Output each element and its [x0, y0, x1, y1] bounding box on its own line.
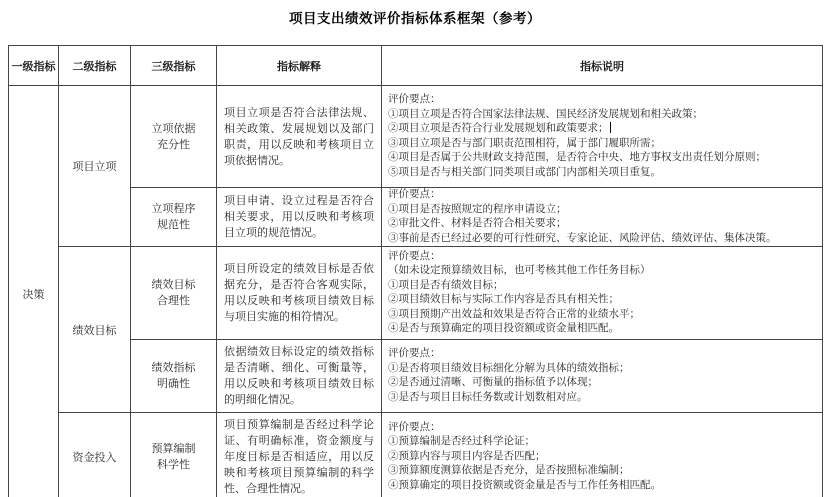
col-header-level2[interactable]: 二级指标 — [59, 46, 131, 86]
cell-level2-fund-input[interactable]: 资金投入 — [59, 413, 131, 497]
cell-explanation[interactable]: 依据绩效目标设定的绩效指标是否清晰、细化、可衡量等，用以反映和考核项目绩效目标的… — [217, 340, 382, 413]
table-row: 资金投入 预算编制 科学性 项目预算编制是否经过科学论证、有明确标准，资金额度与… — [9, 413, 823, 497]
description-line: ②审批文件、材料是否符合相关要求； — [382, 217, 822, 232]
cell-explanation[interactable]: 项目立项是否符合法律法规、相关政策、发展规划以及部门职责，用以反映和考核项目立项… — [217, 86, 382, 188]
description-line: 评价要点： — [382, 188, 822, 203]
page-title: 项目支出绩效评价指标体系框架（参考） — [0, 0, 830, 27]
description-line: ①项目是否有绩效目标； — [382, 279, 822, 294]
description-line: ②项目立项是否符合行业发展规划和政策要求； — [382, 122, 822, 137]
explanation-text: 项目申请、设立过程是否符合相关要求，用以反映和考核项目立项的规范情况。 — [217, 189, 381, 245]
cell-level2-performance-target[interactable]: 绩效目标 — [59, 247, 131, 413]
cell-description[interactable]: 评价要点： ①预算编制是否经过科学论证； ②预算内容与项目内容是否匹配； ③预算… — [382, 413, 823, 497]
cell-description[interactable]: 评价要点： （如未设定预算绩效目标，也可考核其他工作任务目标） ①项目是否有绩效… — [382, 247, 823, 340]
description-line: ③预算额度测算依据是否充分，是否按照标准编制； — [382, 464, 822, 479]
explanation-text: 项目所设定的绩效目标是否依据充分，是否符合客观实际，用以反映和考核项目绩效目标与… — [217, 257, 381, 329]
cell-explanation[interactable]: 项目预算编制是否经过科学论证、有明确标准，资金额度与年度目标是否相适应，用以反映… — [217, 413, 382, 497]
document-page: 项目支出绩效评价指标体系框架（参考） 一级指标 二级指标 三级指标 指标解释 指… — [0, 0, 830, 497]
table-row: 绩效目标 绩效目标 合理性 项目所设定的绩效目标是否依据充分，是否符合客观实际，… — [9, 247, 823, 340]
description-line: （如未设定预算绩效目标，也可考核其他工作任务目标） — [382, 264, 822, 279]
description-line: 评价要点： — [382, 421, 822, 436]
description-line: ④是否与预算确定的项目投资额或资金量相匹配。 — [382, 322, 822, 337]
table-row: 绩效指标 明确性 依据绩效目标设定的绩效指标是否清晰、细化、可衡量等，用以反映和… — [9, 340, 823, 413]
cell-level3[interactable]: 预算编制 科学性 — [131, 413, 217, 497]
description-line: ②是否通过清晰、可衡量的指标值予以体现； — [382, 376, 822, 391]
explanation-text: 项目预算编制是否经过科学论证、有明确标准，资金额度与年度目标是否相适应，用以反映… — [217, 413, 381, 497]
description-line: ③项目预期产出效益和效果是否符合正常的业绩水平； — [382, 308, 822, 323]
cell-description[interactable]: 评价要点： ①项目是否按照规定的程序申请设立； ②审批文件、材料是否符合相关要求… — [382, 188, 823, 247]
description-line: ①是否将项目绩效目标细化分解为具体的绩效指标； — [382, 362, 822, 377]
text-cursor — [610, 122, 611, 133]
cell-level3[interactable]: 绩效目标 合理性 — [131, 247, 217, 340]
description-line: ③是否与项目目标任务数或计划数相对应。 — [382, 391, 822, 406]
description-line: 评价要点： — [382, 250, 822, 265]
description-line: ⑤项目是否与相关部门同类项目或部门内部相关项目重复。 — [382, 166, 822, 181]
explanation-text: 依据绩效目标设定的绩效指标是否清晰、细化、可衡量等，用以反映和考核项目绩效目标的… — [217, 340, 381, 412]
cell-level3[interactable]: 立项程序 规范性 — [131, 188, 217, 247]
description-line: ①项目是否按照规定的程序申请设立； — [382, 203, 822, 218]
description-line: ③事前是否已经过必要的可行性研究、专家论证、风险评估、绩效评估、集体决策。 — [382, 232, 822, 247]
description-line: ②预算内容与项目内容是否匹配； — [382, 450, 822, 465]
description-line: ③项目立项是否与部门职责范围相符，属于部门履职所需； — [382, 137, 822, 152]
explanation-text: 项目立项是否符合法律法规、相关政策、发展规划以及部门职责，用以反映和考核项目立项… — [217, 101, 381, 173]
description-line: ②项目绩效目标与实际工作内容是否具有相关性； — [382, 293, 822, 308]
cell-level3[interactable]: 立项依据 充分性 — [131, 86, 217, 188]
cell-level1-decision[interactable]: 决策 — [9, 86, 59, 497]
table-row: 立项程序 规范性 项目申请、设立过程是否符合相关要求，用以反映和考核项目立项的规… — [9, 188, 823, 247]
indicator-table: 一级指标 二级指标 三级指标 指标解释 指标说明 决策 项目立项 立项依据 充分… — [8, 45, 823, 497]
col-header-explanation[interactable]: 指标解释 — [217, 46, 382, 86]
cell-explanation[interactable]: 项目所设定的绩效目标是否依据充分，是否符合客观实际，用以反映和考核项目绩效目标与… — [217, 247, 382, 340]
description-line: 评价要点： — [382, 93, 822, 108]
cell-description[interactable]: 评价要点： ①项目立项是否符合国家法律法规、国民经济发展规划和相关政策； ②项目… — [382, 86, 823, 188]
col-header-level1[interactable]: 一级指标 — [9, 46, 59, 86]
description-line: 评价要点： — [382, 347, 822, 362]
cell-level2-project-initiation[interactable]: 项目立项 — [59, 86, 131, 247]
description-line: ①项目立项是否符合国家法律法规、国民经济发展规划和相关政策； — [382, 108, 822, 123]
cell-level3[interactable]: 绩效指标 明确性 — [131, 340, 217, 413]
col-header-description[interactable]: 指标说明 — [382, 46, 823, 86]
description-line: ④预算确定的项目投资额或资金量是否与工作任务相匹配。 — [382, 479, 822, 494]
header-row: 一级指标 二级指标 三级指标 指标解释 指标说明 — [9, 46, 823, 86]
cell-description[interactable]: 评价要点： ①是否将项目绩效目标细化分解为具体的绩效指标； ②是否通过清晰、可衡… — [382, 340, 823, 413]
description-line: ①预算编制是否经过科学论证； — [382, 435, 822, 450]
col-header-level3[interactable]: 三级指标 — [131, 46, 217, 86]
table-row: 决策 项目立项 立项依据 充分性 项目立项是否符合法律法规、相关政策、发展规划以… — [9, 86, 823, 188]
description-line: ④项目是否属于公共财政支持范围，是否符合中央、地方事权支出责任划分原则； — [382, 151, 822, 166]
cell-explanation[interactable]: 项目申请、设立过程是否符合相关要求，用以反映和考核项目立项的规范情况。 — [217, 188, 382, 247]
